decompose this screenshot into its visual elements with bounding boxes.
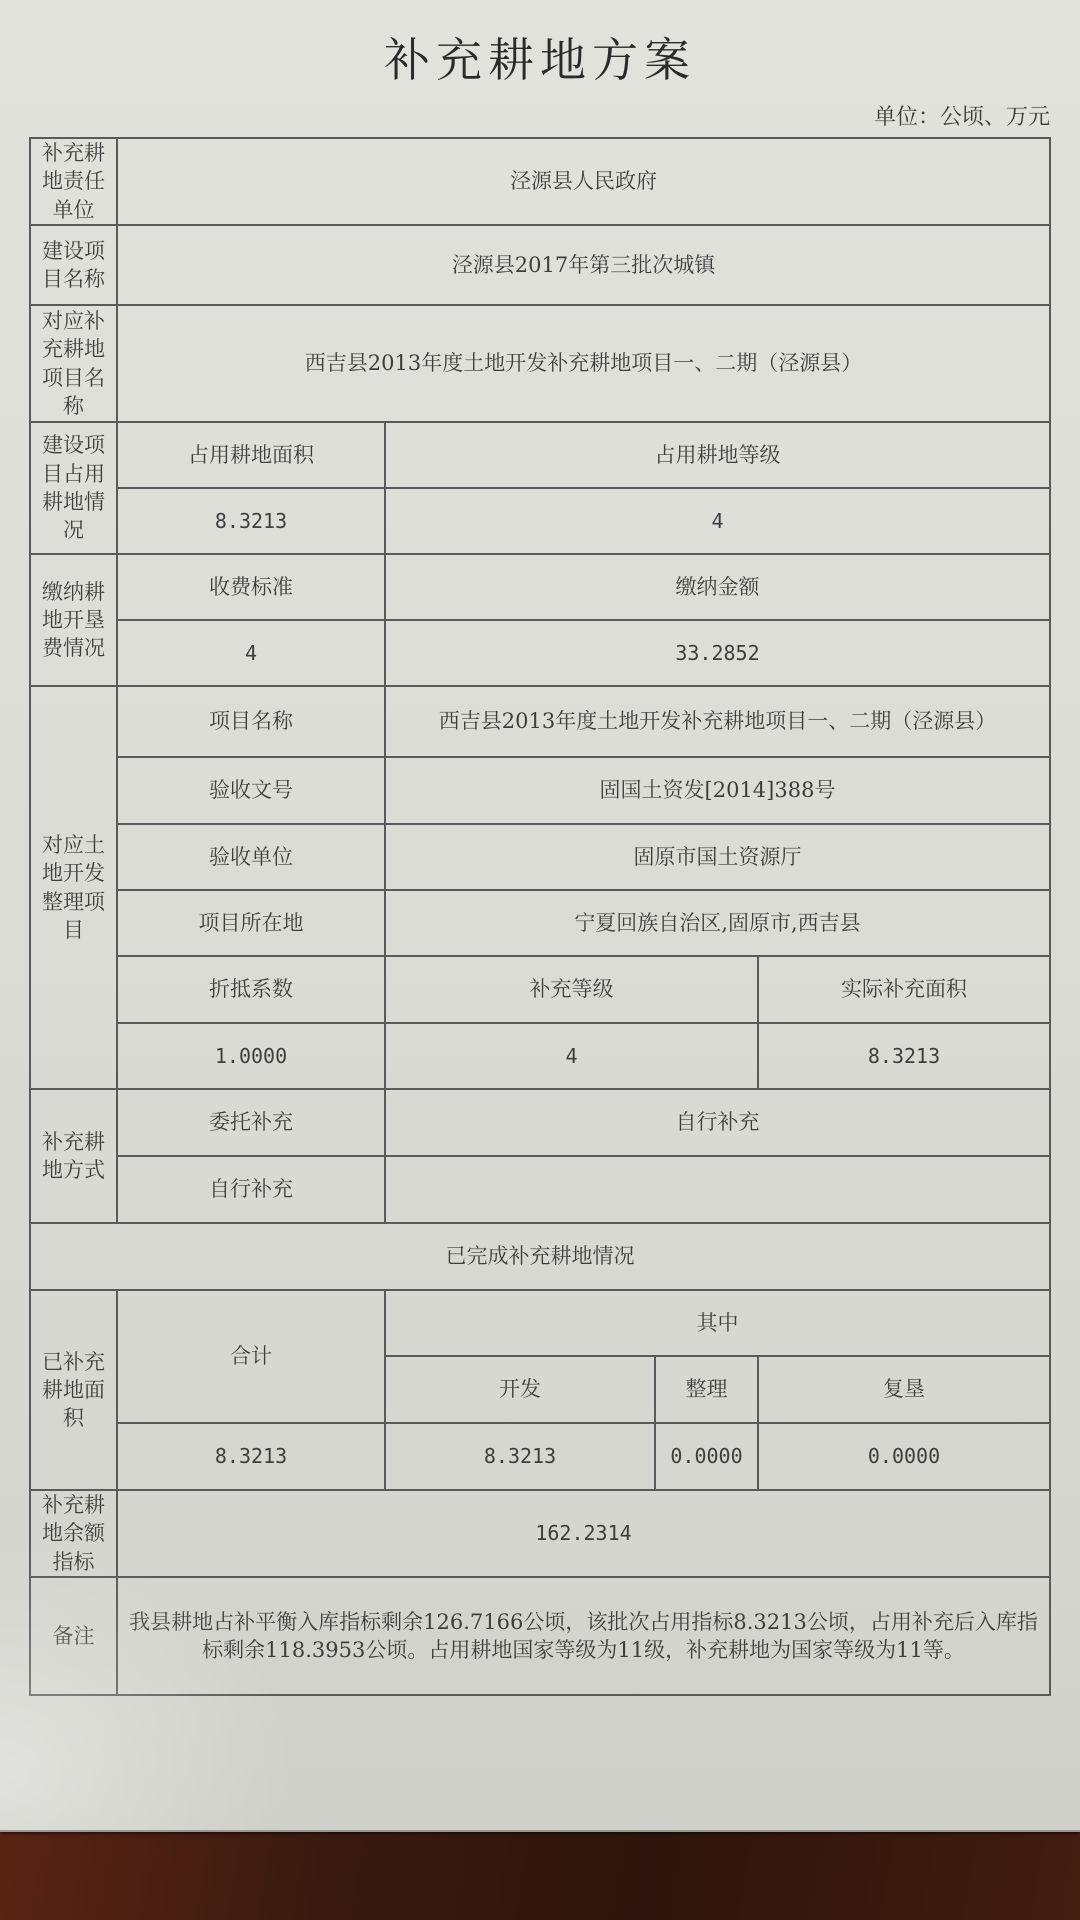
row-fee-values: 4 33.2852: [30, 620, 1050, 686]
row-method-1: 补充耕地方式 委托补充 自行补充: [30, 1089, 1050, 1156]
document-title: 补充耕地方案: [0, 24, 1080, 90]
land-project-item-label: 项目名称: [117, 686, 385, 757]
row-completed-header-1: 已补充耕地面积 合计 其中: [30, 1290, 1050, 1356]
label-corresponding-project: 对应补充耕地项目名称: [30, 305, 117, 422]
value-development: 8.3213: [385, 1423, 655, 1490]
header-fee-standard: 收费标准: [117, 554, 385, 620]
header-fee-amount: 缴纳金额: [385, 554, 1050, 620]
row-method-2: 自行补充: [30, 1156, 1050, 1223]
value-responsible-unit: 泾源县人民政府: [117, 138, 1050, 225]
label-surplus: 补充耕地余额指标: [30, 1490, 117, 1577]
land-project-item-value: 宁夏回族自治区,固原市,西吉县: [385, 890, 1050, 956]
value-supplement-grade: 4: [385, 1023, 758, 1089]
value-occupied-area: 8.3213: [117, 488, 385, 554]
method-item-value: [385, 1156, 1050, 1223]
row-land-project-values: 1.0000 4 8.3213: [30, 1023, 1050, 1089]
land-project-item-value: 固国土资发[2014]388号: [385, 757, 1050, 824]
header-occupied-grade: 占用耕地等级: [385, 422, 1050, 488]
land-project-item-label: 验收单位: [117, 824, 385, 890]
label-method: 补充耕地方式: [30, 1089, 117, 1223]
value-total: 8.3213: [117, 1423, 385, 1490]
row-completed-values: 8.3213 8.3213 0.0000 0.0000: [30, 1423, 1050, 1490]
land-project-item-label: 验收文号: [117, 757, 385, 824]
header-supplement-grade: 补充等级: [385, 956, 758, 1023]
value-fee-amount: 33.2852: [385, 620, 1050, 686]
header-consolidation: 整理: [655, 1356, 758, 1423]
value-project-name: 泾源县2017年第三批次城镇: [117, 225, 1050, 305]
value-corresponding-project: 西吉县2013年度土地开发补充耕地项目一、二期（泾源县）: [117, 305, 1050, 422]
farmland-form-table: 补充耕地责任单位 泾源县人民政府 建设项目名称 泾源县2017年第三批次城镇 对…: [29, 137, 1051, 1696]
unit-note: 单位：公顷、万元: [874, 100, 1050, 131]
row-land-project-name: 对应土地开发整理项目 项目名称 西吉县2013年度土地开发补充耕地项目一、二期（…: [30, 686, 1050, 757]
label-project-name: 建设项目名称: [30, 225, 117, 305]
value-reclamation: 0.0000: [758, 1423, 1050, 1490]
header-development: 开发: [385, 1356, 655, 1423]
value-fee-standard: 4: [117, 620, 385, 686]
row-completed-section: 已完成补充耕地情况: [30, 1223, 1050, 1290]
header-occupied-area: 占用耕地面积: [117, 422, 385, 488]
label-occupied: 建设项目占用耕地情况: [30, 422, 117, 554]
row-fee-header: 缴纳耕地开垦费情况 收费标准 缴纳金额: [30, 554, 1050, 620]
header-reclamation: 复垦: [758, 1356, 1050, 1423]
row-land-project-doc: 验收文号 固国土资发[2014]388号: [30, 757, 1050, 824]
row-occupied-header: 建设项目占用耕地情况 占用耕地面积 占用耕地等级: [30, 422, 1050, 488]
row-responsible-unit: 补充耕地责任单位 泾源县人民政府: [30, 138, 1050, 225]
method-item-label: 委托补充: [117, 1089, 385, 1156]
land-project-item-value: 固原市国土资源厅: [385, 824, 1050, 890]
desk-background: [0, 1828, 1080, 1920]
header-total: 合计: [117, 1290, 385, 1423]
row-corresponding-project: 对应补充耕地项目名称 西吉县2013年度土地开发补充耕地项目一、二期（泾源县）: [30, 305, 1050, 422]
value-remarks: 我县耕地占补平衡入库指标剩余126.7166公顷，该批次占用指标8.3213公顷…: [117, 1577, 1050, 1695]
document-page: 补充耕地方案 单位：公顷、万元 补充耕地责任单位 泾源县人民政府 建设项目名称 …: [0, 0, 1080, 1832]
method-item-label: 自行补充: [117, 1156, 385, 1223]
method-item-value: 自行补充: [385, 1089, 1050, 1156]
land-project-item-value: 西吉县2013年度土地开发补充耕地项目一、二期（泾源县）: [385, 686, 1050, 757]
row-land-project-unit: 验收单位 固原市国土资源厅: [30, 824, 1050, 890]
completed-section-heading: 已完成补充耕地情况: [30, 1223, 1050, 1290]
label-completed: 已补充耕地面积: [30, 1290, 117, 1490]
land-project-item-label: 项目所在地: [117, 890, 385, 956]
label-land-project: 对应土地开发整理项目: [30, 686, 117, 1089]
label-fee: 缴纳耕地开垦费情况: [30, 554, 117, 686]
value-offset-coefficient: 1.0000: [117, 1023, 385, 1089]
row-remarks: 备注 我县耕地占补平衡入库指标剩余126.7166公顷，该批次占用指标8.321…: [30, 1577, 1050, 1695]
label-responsible-unit: 补充耕地责任单位: [30, 138, 117, 225]
row-land-project-headers: 折抵系数 补充等级 实际补充面积: [30, 956, 1050, 1023]
row-occupied-values: 8.3213 4: [30, 488, 1050, 554]
header-actual-area: 实际补充面积: [758, 956, 1050, 1023]
value-surplus: 162.2314: [117, 1490, 1050, 1577]
header-of-which: 其中: [385, 1290, 1050, 1356]
value-occupied-grade: 4: [385, 488, 1050, 554]
label-remarks: 备注: [30, 1577, 117, 1695]
value-consolidation: 0.0000: [655, 1423, 758, 1490]
row-project-name: 建设项目名称 泾源县2017年第三批次城镇: [30, 225, 1050, 305]
row-land-project-location: 项目所在地 宁夏回族自治区,固原市,西吉县: [30, 890, 1050, 956]
value-actual-area: 8.3213: [758, 1023, 1050, 1089]
header-offset-coefficient: 折抵系数: [117, 956, 385, 1023]
row-surplus: 补充耕地余额指标 162.2314: [30, 1490, 1050, 1577]
